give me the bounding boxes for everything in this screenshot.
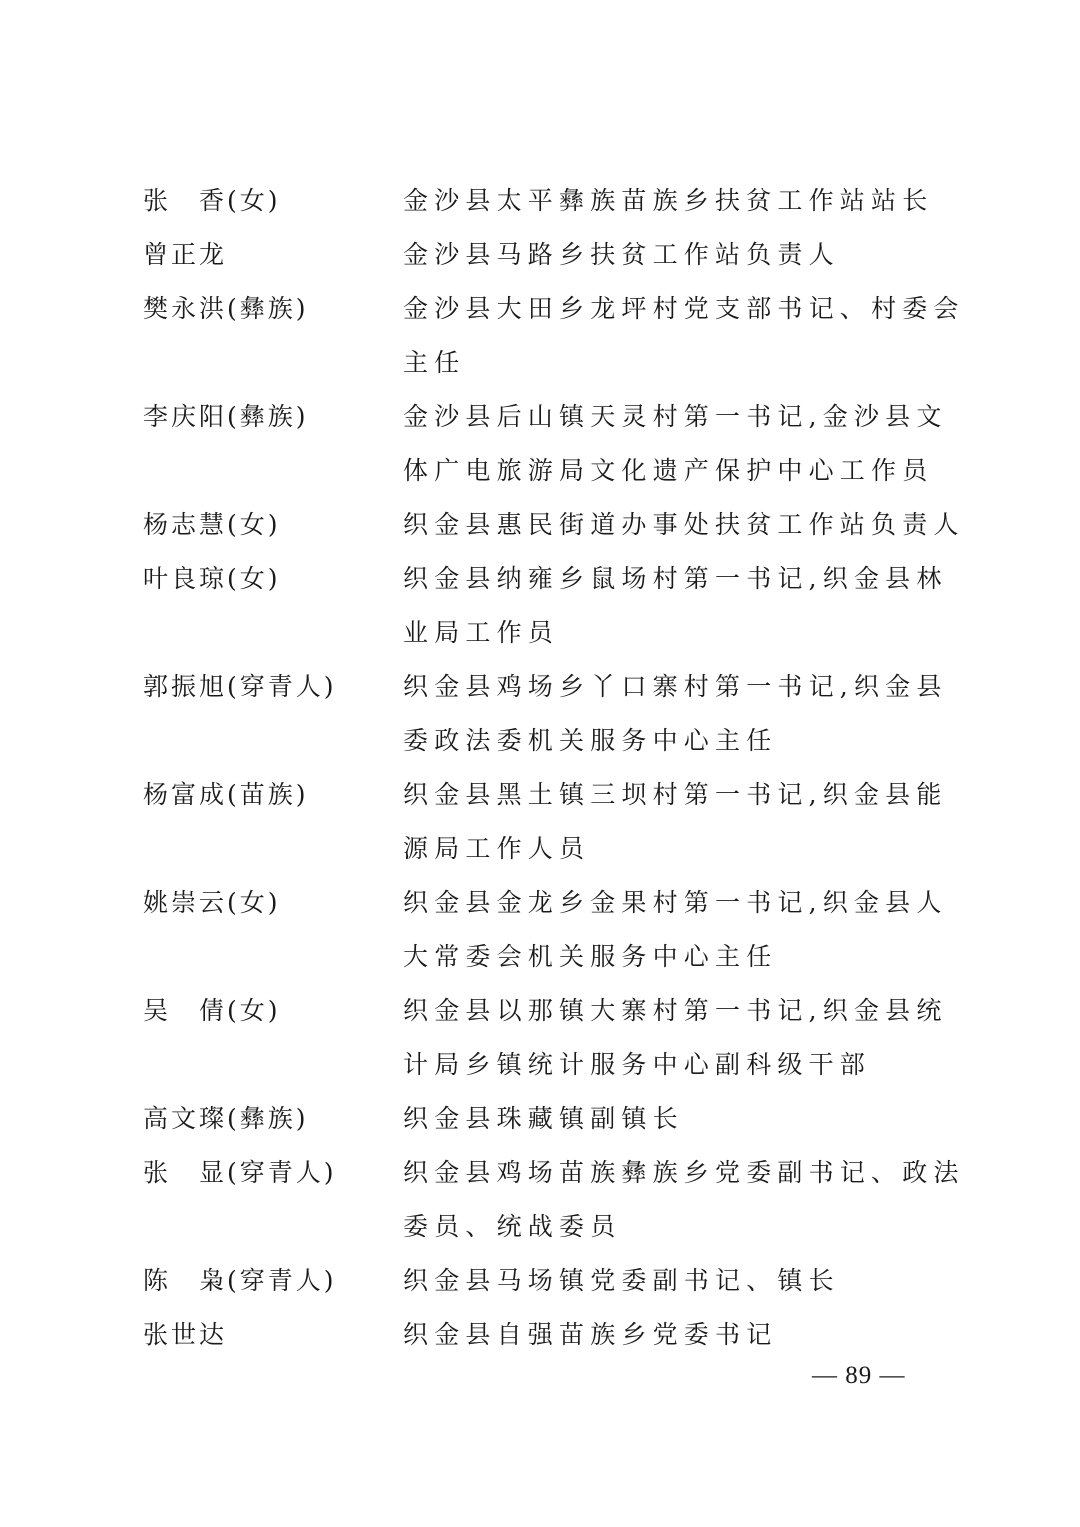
role-line: 织金县珠藏镇副镇长: [403, 1092, 943, 1146]
person-role: 织金县鸡场乡丫口寨村第一书记,织金县 委政法委机关服务中心主任: [403, 660, 948, 768]
person-role: 织金县马场镇党委副书记、镇长: [403, 1254, 943, 1308]
role-line: 委员、统战委员: [403, 1200, 965, 1254]
list-item: 姚崇云(女) 织金县金龙乡金果村第一书记,织金县人 大常委会机关服务中心主任: [143, 876, 943, 984]
person-name: 姚崇云(女): [143, 876, 403, 930]
role-line: 源局工作人员: [403, 822, 948, 876]
document-page: 张 香(女) 金沙县太平彝族苗族乡扶贫工作站站长 曾正龙 金沙县马路乡扶贫工作站…: [0, 0, 1080, 1527]
person-name: 樊永洪(彝族): [143, 282, 403, 336]
person-role: 织金县鸡场苗族彝族乡党委副书记、政法 委员、统战委员: [403, 1146, 965, 1254]
role-line: 织金县鸡场苗族彝族乡党委副书记、政法: [403, 1146, 965, 1200]
role-line: 织金县以那镇大寨村第一书记,织金县统: [403, 984, 948, 1038]
role-line: 织金县鸡场乡丫口寨村第一书记,织金县: [403, 660, 948, 714]
role-line: 计局乡镇统计服务中心副科级干部: [403, 1038, 948, 1092]
person-role: 织金县惠民街道办事处扶贫工作站负责人: [403, 498, 965, 552]
list-item: 张 香(女) 金沙县太平彝族苗族乡扶贫工作站站长: [143, 174, 943, 228]
list-item: 张 显(穿青人) 织金县鸡场苗族彝族乡党委副书记、政法 委员、统战委员: [143, 1146, 943, 1254]
role-line: 金沙县大田乡龙坪村党支部书记、村委会: [403, 282, 965, 336]
role-line: 委政法委机关服务中心主任: [403, 714, 948, 768]
list-item: 李庆阳(彝族) 金沙县后山镇天灵村第一书记,金沙县文 体广电旅游局文化遗产保护中…: [143, 390, 943, 498]
list-item: 杨富成(苗族) 织金县黑土镇三坝村第一书记,织金县能 源局工作人员: [143, 768, 943, 876]
list-item: 郭振旭(穿青人) 织金县鸡场乡丫口寨村第一书记,织金县 委政法委机关服务中心主任: [143, 660, 943, 768]
person-role: 金沙县马路乡扶贫工作站负责人: [403, 228, 943, 282]
person-role: 金沙县太平彝族苗族乡扶贫工作站站长: [403, 174, 943, 228]
list-item: 吴 倩(女) 织金县以那镇大寨村第一书记,织金县统 计局乡镇统计服务中心副科级干…: [143, 984, 943, 1092]
person-name: 陈 枭(穿青人): [143, 1254, 403, 1308]
page-number: — 89 —: [812, 1356, 906, 1396]
person-role: 织金县纳雍乡鼠场村第一书记,织金县林 业局工作员: [403, 552, 948, 660]
role-line: 织金县自强苗族乡党委书记: [403, 1308, 943, 1362]
list-item: 陈 枭(穿青人) 织金县马场镇党委副书记、镇长: [143, 1254, 943, 1308]
role-line: 业局工作员: [403, 606, 948, 660]
personnel-list: 张 香(女) 金沙县太平彝族苗族乡扶贫工作站站长 曾正龙 金沙县马路乡扶贫工作站…: [143, 174, 943, 1362]
list-item: 曾正龙 金沙县马路乡扶贫工作站负责人: [143, 228, 943, 282]
role-line: 金沙县太平彝族苗族乡扶贫工作站站长: [403, 174, 943, 228]
role-line: 织金县金龙乡金果村第一书记,织金县人: [403, 876, 948, 930]
role-line: 大常委会机关服务中心主任: [403, 930, 948, 984]
person-name: 杨富成(苗族): [143, 768, 403, 822]
person-role: 织金县以那镇大寨村第一书记,织金县统 计局乡镇统计服务中心副科级干部: [403, 984, 948, 1092]
role-line: 主任: [403, 336, 965, 390]
person-name: 张 显(穿青人): [143, 1146, 403, 1200]
role-line: 金沙县后山镇天灵村第一书记,金沙县文: [403, 390, 948, 444]
person-name: 高文璨(彝族): [143, 1092, 403, 1146]
list-item: 樊永洪(彝族) 金沙县大田乡龙坪村党支部书记、村委会 主任: [143, 282, 943, 390]
person-name: 张 香(女): [143, 174, 403, 228]
person-name: 郭振旭(穿青人): [143, 660, 403, 714]
person-name: 杨志慧(女): [143, 498, 403, 552]
person-name: 叶良琼(女): [143, 552, 403, 606]
role-line: 织金县马场镇党委副书记、镇长: [403, 1254, 943, 1308]
person-name: 张世达: [143, 1308, 403, 1362]
list-item: 高文璨(彝族) 织金县珠藏镇副镇长: [143, 1092, 943, 1146]
role-line: 织金县惠民街道办事处扶贫工作站负责人: [403, 498, 965, 552]
list-item: 杨志慧(女) 织金县惠民街道办事处扶贫工作站负责人: [143, 498, 943, 552]
person-role: 金沙县后山镇天灵村第一书记,金沙县文 体广电旅游局文化遗产保护中心工作员: [403, 390, 948, 498]
person-role: 织金县金龙乡金果村第一书记,织金县人 大常委会机关服务中心主任: [403, 876, 948, 984]
role-line: 织金县黑土镇三坝村第一书记,织金县能: [403, 768, 948, 822]
role-line: 织金县纳雍乡鼠场村第一书记,织金县林: [403, 552, 948, 606]
person-role: 织金县珠藏镇副镇长: [403, 1092, 943, 1146]
list-item: 张世达 织金县自强苗族乡党委书记: [143, 1308, 943, 1362]
person-role: 金沙县大田乡龙坪村党支部书记、村委会 主任: [403, 282, 965, 390]
role-line: 体广电旅游局文化遗产保护中心工作员: [403, 444, 948, 498]
person-role: 织金县黑土镇三坝村第一书记,织金县能 源局工作人员: [403, 768, 948, 876]
person-role: 织金县自强苗族乡党委书记: [403, 1308, 943, 1362]
person-name: 吴 倩(女): [143, 984, 403, 1038]
person-name: 曾正龙: [143, 228, 403, 282]
person-name: 李庆阳(彝族): [143, 390, 403, 444]
list-item: 叶良琼(女) 织金县纳雍乡鼠场村第一书记,织金县林 业局工作员: [143, 552, 943, 660]
role-line: 金沙县马路乡扶贫工作站负责人: [403, 228, 943, 282]
